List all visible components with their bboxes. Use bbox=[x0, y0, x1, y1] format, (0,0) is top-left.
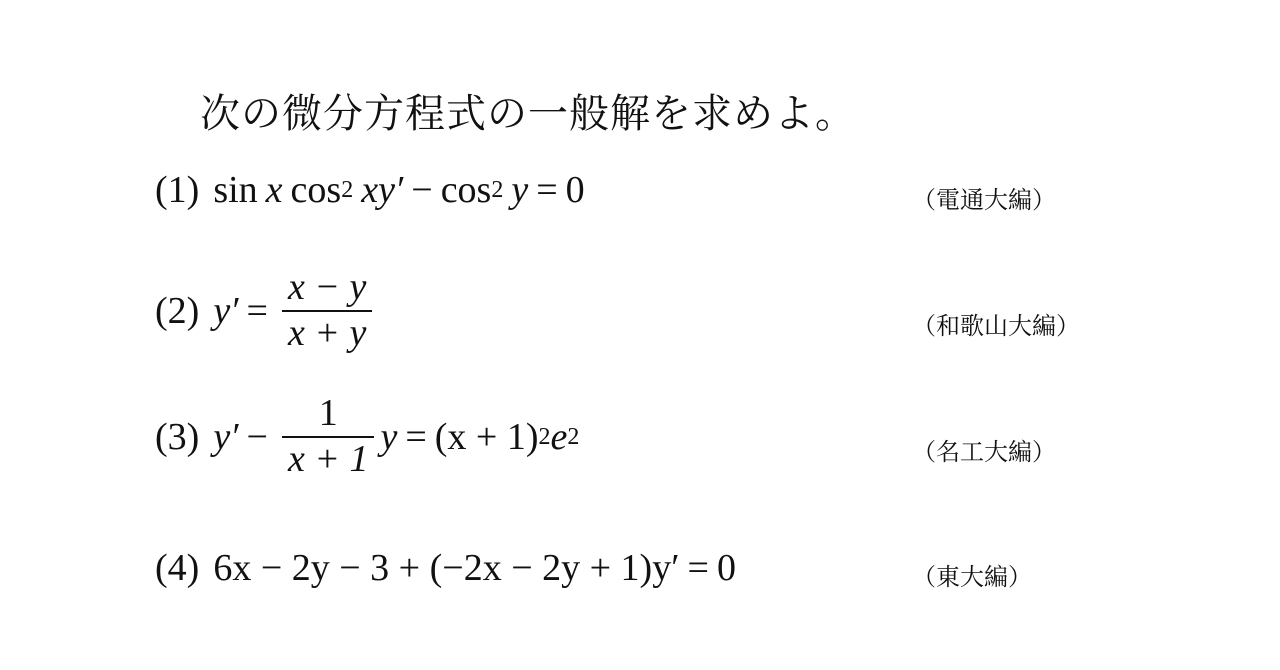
eq-term: xy′ bbox=[361, 168, 403, 212]
problem-number: (2) bbox=[155, 289, 199, 333]
problem-2: (2) y′ = x − y x + y bbox=[155, 266, 378, 355]
equation: y′ − 1 x + 1 y = (x + 1)2e2 bbox=[213, 392, 579, 481]
eq-term: y′ bbox=[213, 289, 238, 333]
eq-term: sin bbox=[213, 168, 257, 212]
eq-operator: = bbox=[405, 415, 426, 459]
equation: 6x − 2y − 3 + (−2x − 2y + 1)y′ = 0 bbox=[213, 546, 736, 590]
problem-number: (4) bbox=[155, 546, 199, 590]
equation: y′ = x − y x + y bbox=[213, 266, 378, 355]
source-label-1: （電通大編） bbox=[912, 180, 1056, 215]
problem-number: (3) bbox=[155, 415, 199, 459]
problem-instruction: 次の微分方程式の一般解を求めよ。 bbox=[200, 82, 856, 139]
eq-term: e bbox=[551, 415, 568, 459]
equation: sin x cos2 xy′ − cos2 y = 0 bbox=[213, 168, 584, 212]
eq-term: cos bbox=[441, 168, 492, 212]
eq-term: cos bbox=[291, 168, 342, 212]
eq-term: y bbox=[511, 168, 528, 212]
eq-operator: − bbox=[247, 415, 268, 459]
source-label-3: （名工大編） bbox=[912, 432, 1056, 467]
problem-1: (1) sin x cos2 xy′ − cos2 y = 0 bbox=[155, 168, 585, 212]
source-label-2: （和歌山大編） bbox=[912, 306, 1080, 341]
eq-term: 6x − 2y − 3 + (−2x − 2y + 1)y′ bbox=[213, 546, 679, 590]
problem-3: (3) y′ − 1 x + 1 y = (x + 1)2e2 bbox=[155, 392, 579, 481]
eq-term: 0 bbox=[717, 546, 736, 590]
fraction: 1 x + 1 bbox=[282, 392, 375, 481]
fraction-denominator: x + y bbox=[282, 312, 372, 356]
fraction-denominator: x + 1 bbox=[282, 438, 375, 482]
fraction-numerator: x − y bbox=[282, 266, 372, 310]
eq-term: 0 bbox=[566, 168, 585, 212]
eq-term: (x + 1) bbox=[435, 415, 539, 459]
fraction-numerator: 1 bbox=[313, 392, 344, 436]
fraction: x − y x + y bbox=[282, 266, 372, 355]
problem-4: (4) 6x − 2y − 3 + (−2x − 2y + 1)y′ = 0 bbox=[155, 546, 736, 590]
problem-number: (1) bbox=[155, 168, 199, 212]
eq-operator: − bbox=[411, 168, 432, 212]
source-label-4: （東大編） bbox=[912, 557, 1032, 592]
eq-operator: = bbox=[247, 289, 268, 333]
eq-term: y′ bbox=[213, 415, 238, 459]
eq-operator: = bbox=[688, 546, 709, 590]
eq-term: y bbox=[380, 415, 397, 459]
eq-term: x bbox=[266, 168, 283, 212]
eq-operator: = bbox=[536, 168, 557, 212]
